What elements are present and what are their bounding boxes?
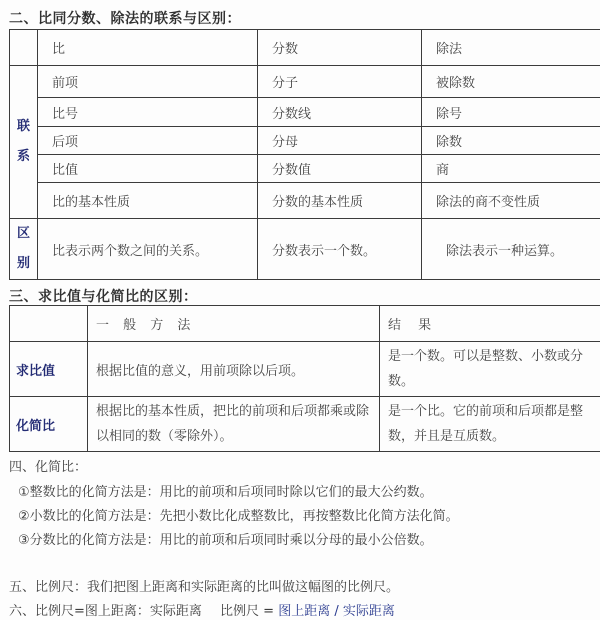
cell: 分数线 xyxy=(258,98,422,127)
cell: 商 xyxy=(422,155,600,183)
cell: 除数 xyxy=(422,127,600,155)
cell: 分母 xyxy=(258,127,422,155)
formula-label: 比例尺 = xyxy=(220,604,278,619)
table-row: 求比值 根据比值的意义，用前项除以后项。 是一个数。可以是整数、小数或分数。 xyxy=(10,342,600,397)
header-cell-fenshu: 分数 xyxy=(258,30,422,66)
section6-line: 六、比例尺=图上距离：实际距离 比例尺 = 图上距离 / 实际距离 xyxy=(9,600,395,619)
section5-text: 五、比例尺：我们把图上距离和实际距离的比叫做这幅图的比例尺。 xyxy=(9,576,399,595)
list-item: ②小数比的化简方法是：先把小数比化成整数比，再按整数比化简方法化简。 xyxy=(18,505,459,524)
cell: 被除数 xyxy=(422,66,600,98)
table-row: 比值 分数值 商 xyxy=(10,155,600,183)
table-row: 比的基本性质 分数的基本性质 除法的商不变性质 xyxy=(10,183,600,219)
cell-result: 是一个数。可以是整数、小数或分数。 xyxy=(380,342,600,397)
group-label-char: 系 xyxy=(10,142,37,172)
list-item: ①整数比的化简方法是：用比的前项和后项同时除以它们的最大公约数。 xyxy=(18,481,433,500)
group-label-qubie: 区 别 xyxy=(10,219,38,280)
table-row: 后项 分母 除数 xyxy=(10,127,600,155)
table-header-row: 一 般 方 法 结 果 xyxy=(10,306,600,342)
table-row: 比号 分数线 除号 xyxy=(10,98,600,127)
cell: 比的基本性质 xyxy=(38,183,258,219)
cell: 比值 xyxy=(38,155,258,183)
section4-title: 四、化简比： xyxy=(9,456,87,475)
header-cell-empty xyxy=(10,306,88,342)
cell: 分子 xyxy=(258,66,422,98)
group-label-lianxi: 联 系 xyxy=(10,66,38,219)
cell-result: 是一个比。它的前项和后项都是整数，并且是互质数。 xyxy=(380,397,600,452)
cell-method: 根据比的基本性质，把比的前项和后项都乘或除以相同的数（零除外）。 xyxy=(88,397,380,452)
header-cell-method: 一 般 方 法 xyxy=(88,306,380,342)
cell-method: 根据比值的意义，用前项除以后项。 xyxy=(88,342,380,397)
cell: 分数值 xyxy=(258,155,422,183)
ratio-method-table: 一 般 方 法 结 果 求比值 根据比值的意义，用前项除以后项。 是一个数。可以… xyxy=(9,305,600,452)
section6-text: 六、比例尺=图上距离：实际距离 xyxy=(9,604,202,619)
group-label-char: 区 xyxy=(10,219,37,249)
cell: 前项 xyxy=(38,66,258,98)
header-cell-result: 结 果 xyxy=(380,306,600,342)
cell: 除法表示一种运算。 xyxy=(422,219,600,280)
row-label-huajianbi: 化简比 xyxy=(10,397,88,452)
cell: 分数的基本性质 xyxy=(258,183,422,219)
header-cell-chufa: 除法 xyxy=(422,30,600,66)
section2-title: 二、比同分数、除法的联系与区别： xyxy=(9,8,241,28)
table-row: 化简比 根据比的基本性质，把比的前项和后项都乘或除以相同的数（零除外）。 是一个… xyxy=(10,397,600,452)
section3-title: 三、求比值与化简比的区别： xyxy=(9,286,198,306)
cell: 除号 xyxy=(422,98,600,127)
formula-value: 图上距离 / 实际距离 xyxy=(278,604,395,619)
header-cell-empty xyxy=(10,30,38,66)
header-cell-bi: 比 xyxy=(38,30,258,66)
table-row-qubie: 区 别 比表示两个数之间的关系。 分数表示一个数。 除法表示一种运算。 xyxy=(10,219,600,280)
cell: 分数表示一个数。 xyxy=(258,219,422,280)
row-label-qiubizhi: 求比值 xyxy=(10,342,88,397)
table-row: 联 系 前项 分子 被除数 xyxy=(10,66,600,98)
cell: 比表示两个数之间的关系。 xyxy=(38,219,258,280)
cell: 后项 xyxy=(38,127,258,155)
group-label-char: 联 xyxy=(10,112,37,142)
group-label-char: 别 xyxy=(10,249,37,279)
table-header-row: 比 分数 除法 xyxy=(10,30,600,66)
cell: 比号 xyxy=(38,98,258,127)
cell: 除法的商不变性质 xyxy=(422,183,600,219)
list-item: ③分数比的化简方法是：用比的前项和后项同时乘以分母的最小公倍数。 xyxy=(18,529,433,548)
comparison-table: 比 分数 除法 联 系 前项 分子 被除数 比号 分数线 除号 后项 分母 除数… xyxy=(9,29,600,280)
